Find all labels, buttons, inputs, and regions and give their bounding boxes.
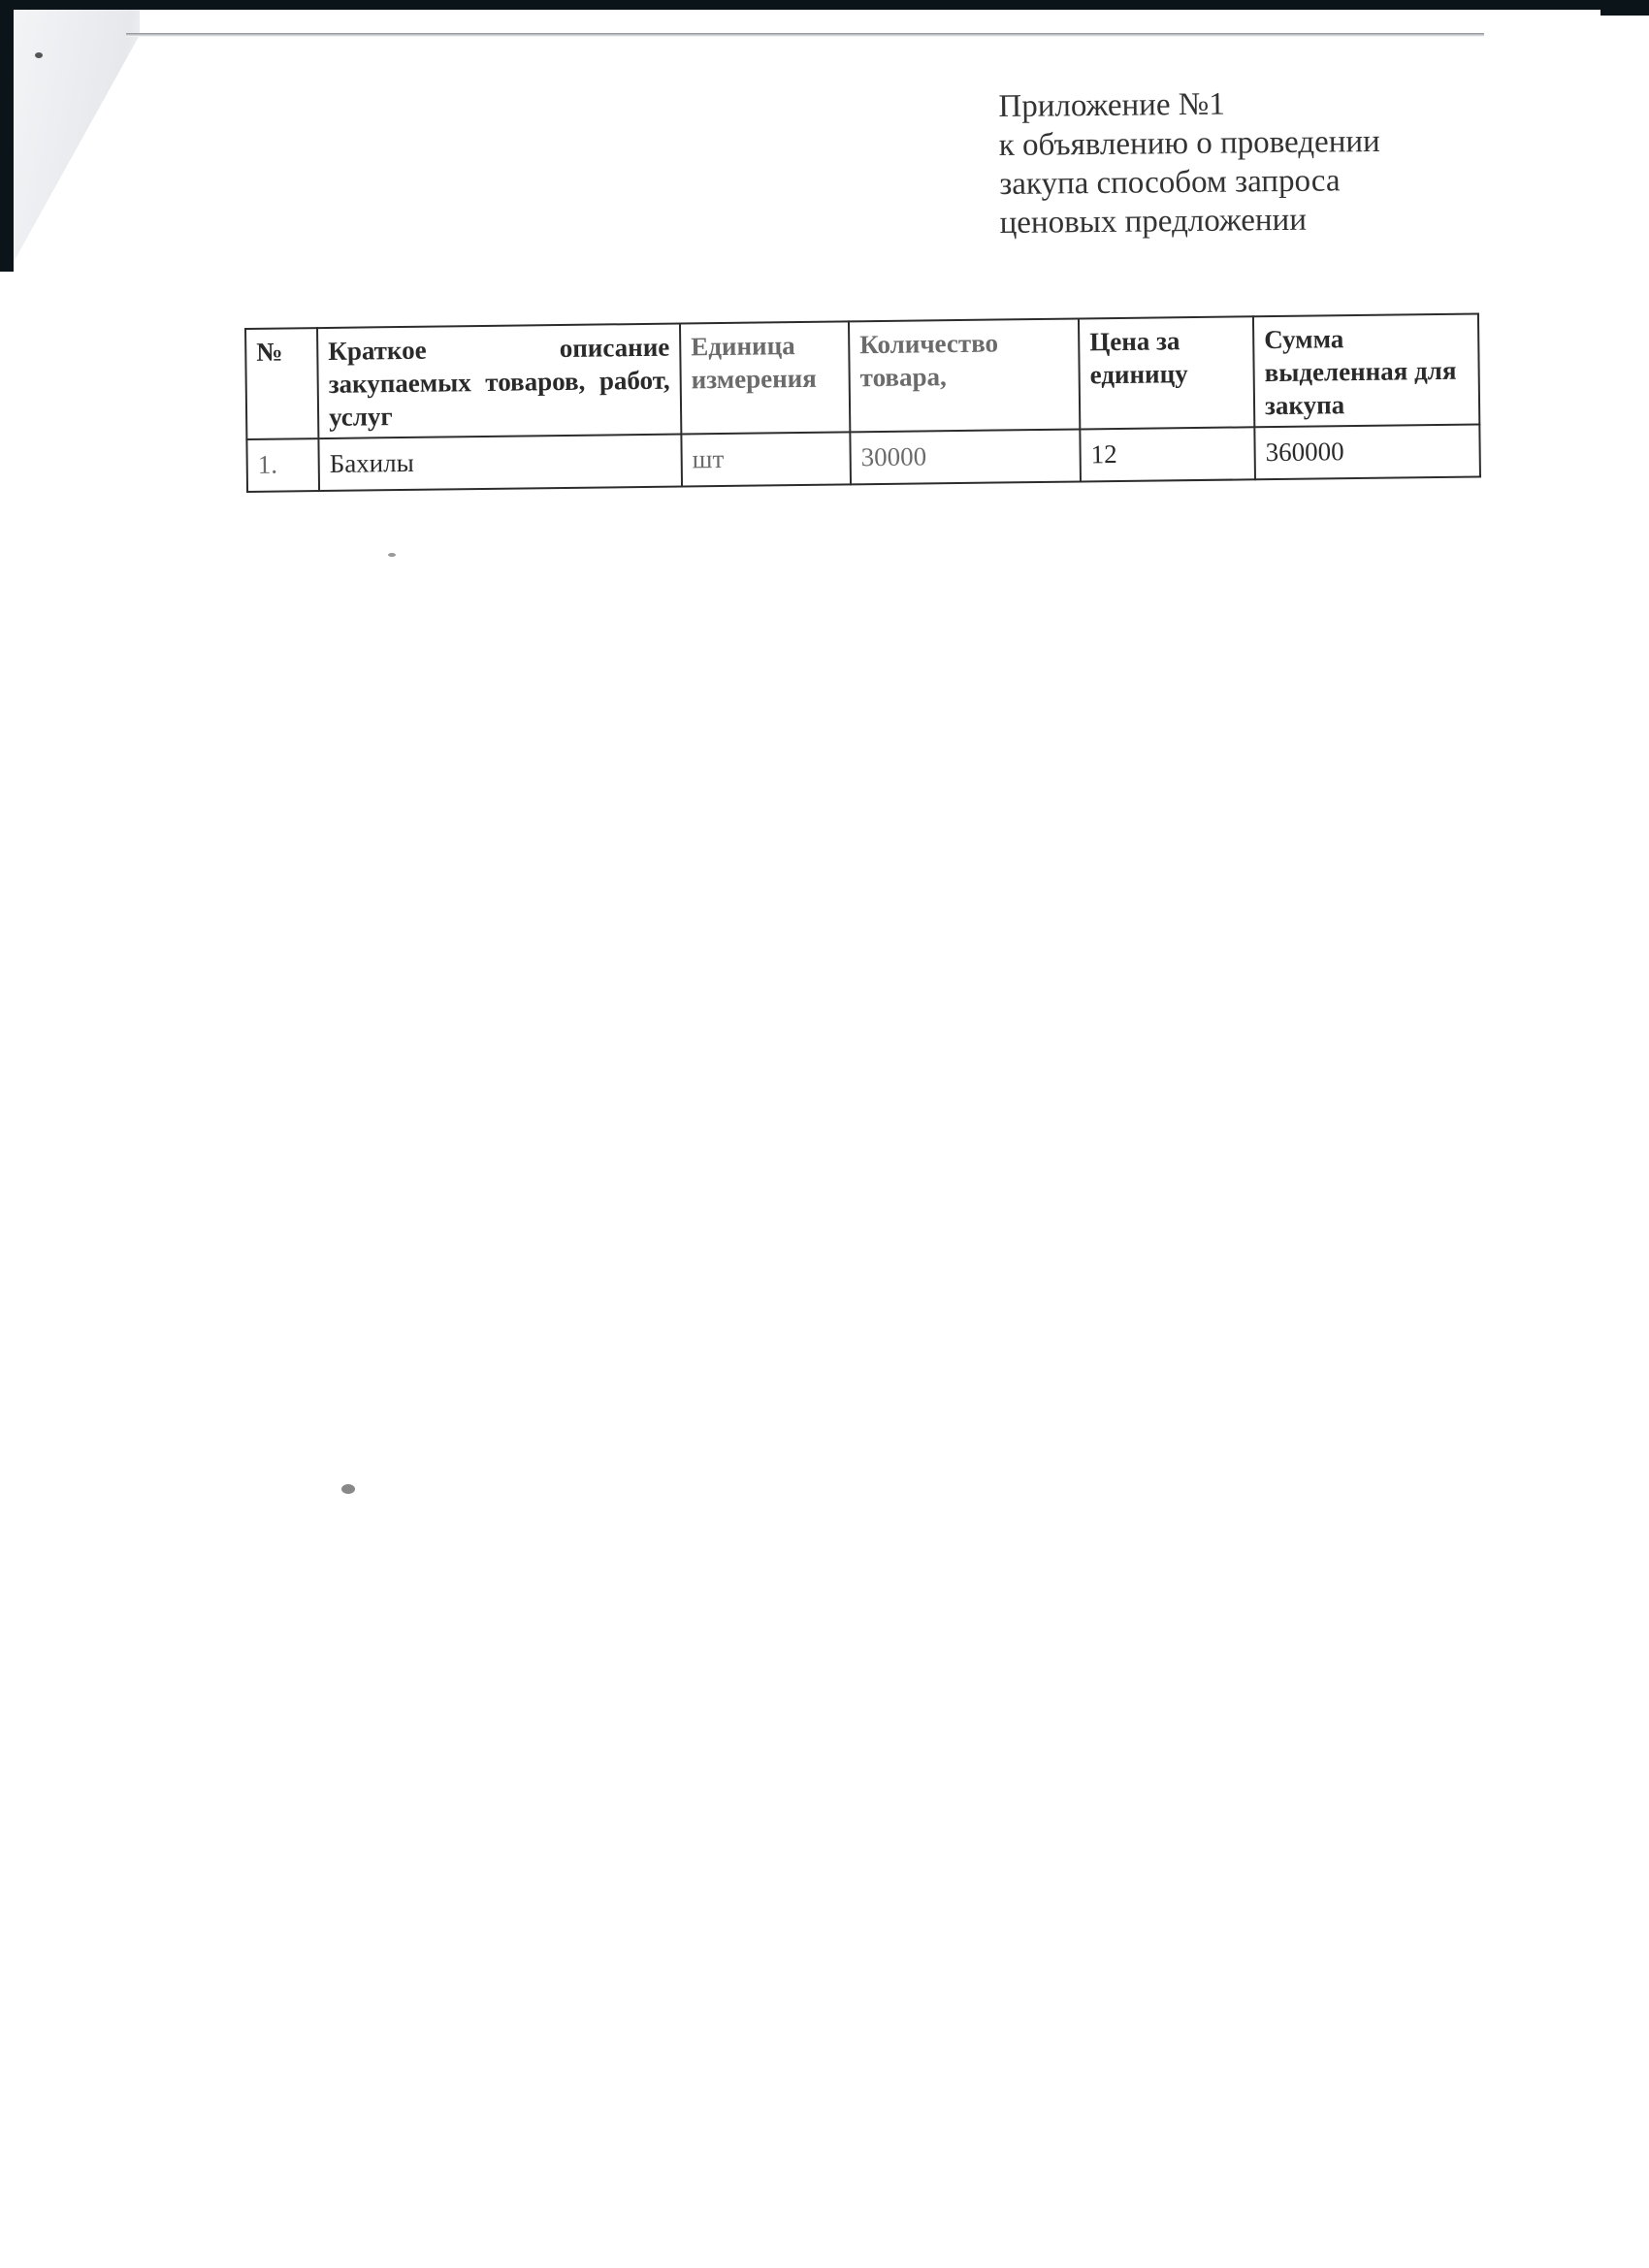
cell-number: 1. (246, 438, 319, 492)
folded-corner (14, 10, 140, 262)
column-header-quantity: Количество товара, (849, 318, 1080, 432)
column-header-price: Цена за единицу (1079, 316, 1254, 429)
cell-sum: 360000 (1254, 424, 1480, 479)
cell-price: 12 (1080, 427, 1255, 481)
cell-description: Бахилы (318, 435, 682, 492)
appendix-line: закупа способом запроса (999, 161, 1380, 204)
column-header-number: № (245, 328, 318, 439)
scan-speck (388, 553, 396, 557)
procurement-table: № Краткое описание закупаемых товаров, р… (244, 312, 1481, 493)
appendix-line: ценовых предложении (999, 200, 1380, 243)
scan-border-left (0, 0, 14, 272)
column-header-sum: Сумма выделенная для закупа (1253, 313, 1479, 427)
cell-quantity: 30000 (850, 429, 1081, 484)
scan-border-top (0, 0, 1649, 10)
column-header-unit: Единица измерения (680, 321, 850, 434)
cell-unit: шт (681, 432, 851, 486)
page-edge-shadow (126, 33, 1484, 37)
scan-border-top-right (1600, 0, 1649, 16)
scan-speck (341, 1484, 355, 1494)
table-header-row: № Краткое описание закупаемых товаров, р… (245, 313, 1479, 439)
scan-speck (35, 52, 43, 58)
appendix-title: Приложение №1 (998, 83, 1379, 126)
appendix-heading: Приложение №1 к объявлению о проведении … (998, 83, 1381, 243)
column-header-description: Краткое описание закупаемых товаров, раб… (317, 324, 681, 439)
appendix-line: к объявлению о проведении (999, 122, 1380, 165)
